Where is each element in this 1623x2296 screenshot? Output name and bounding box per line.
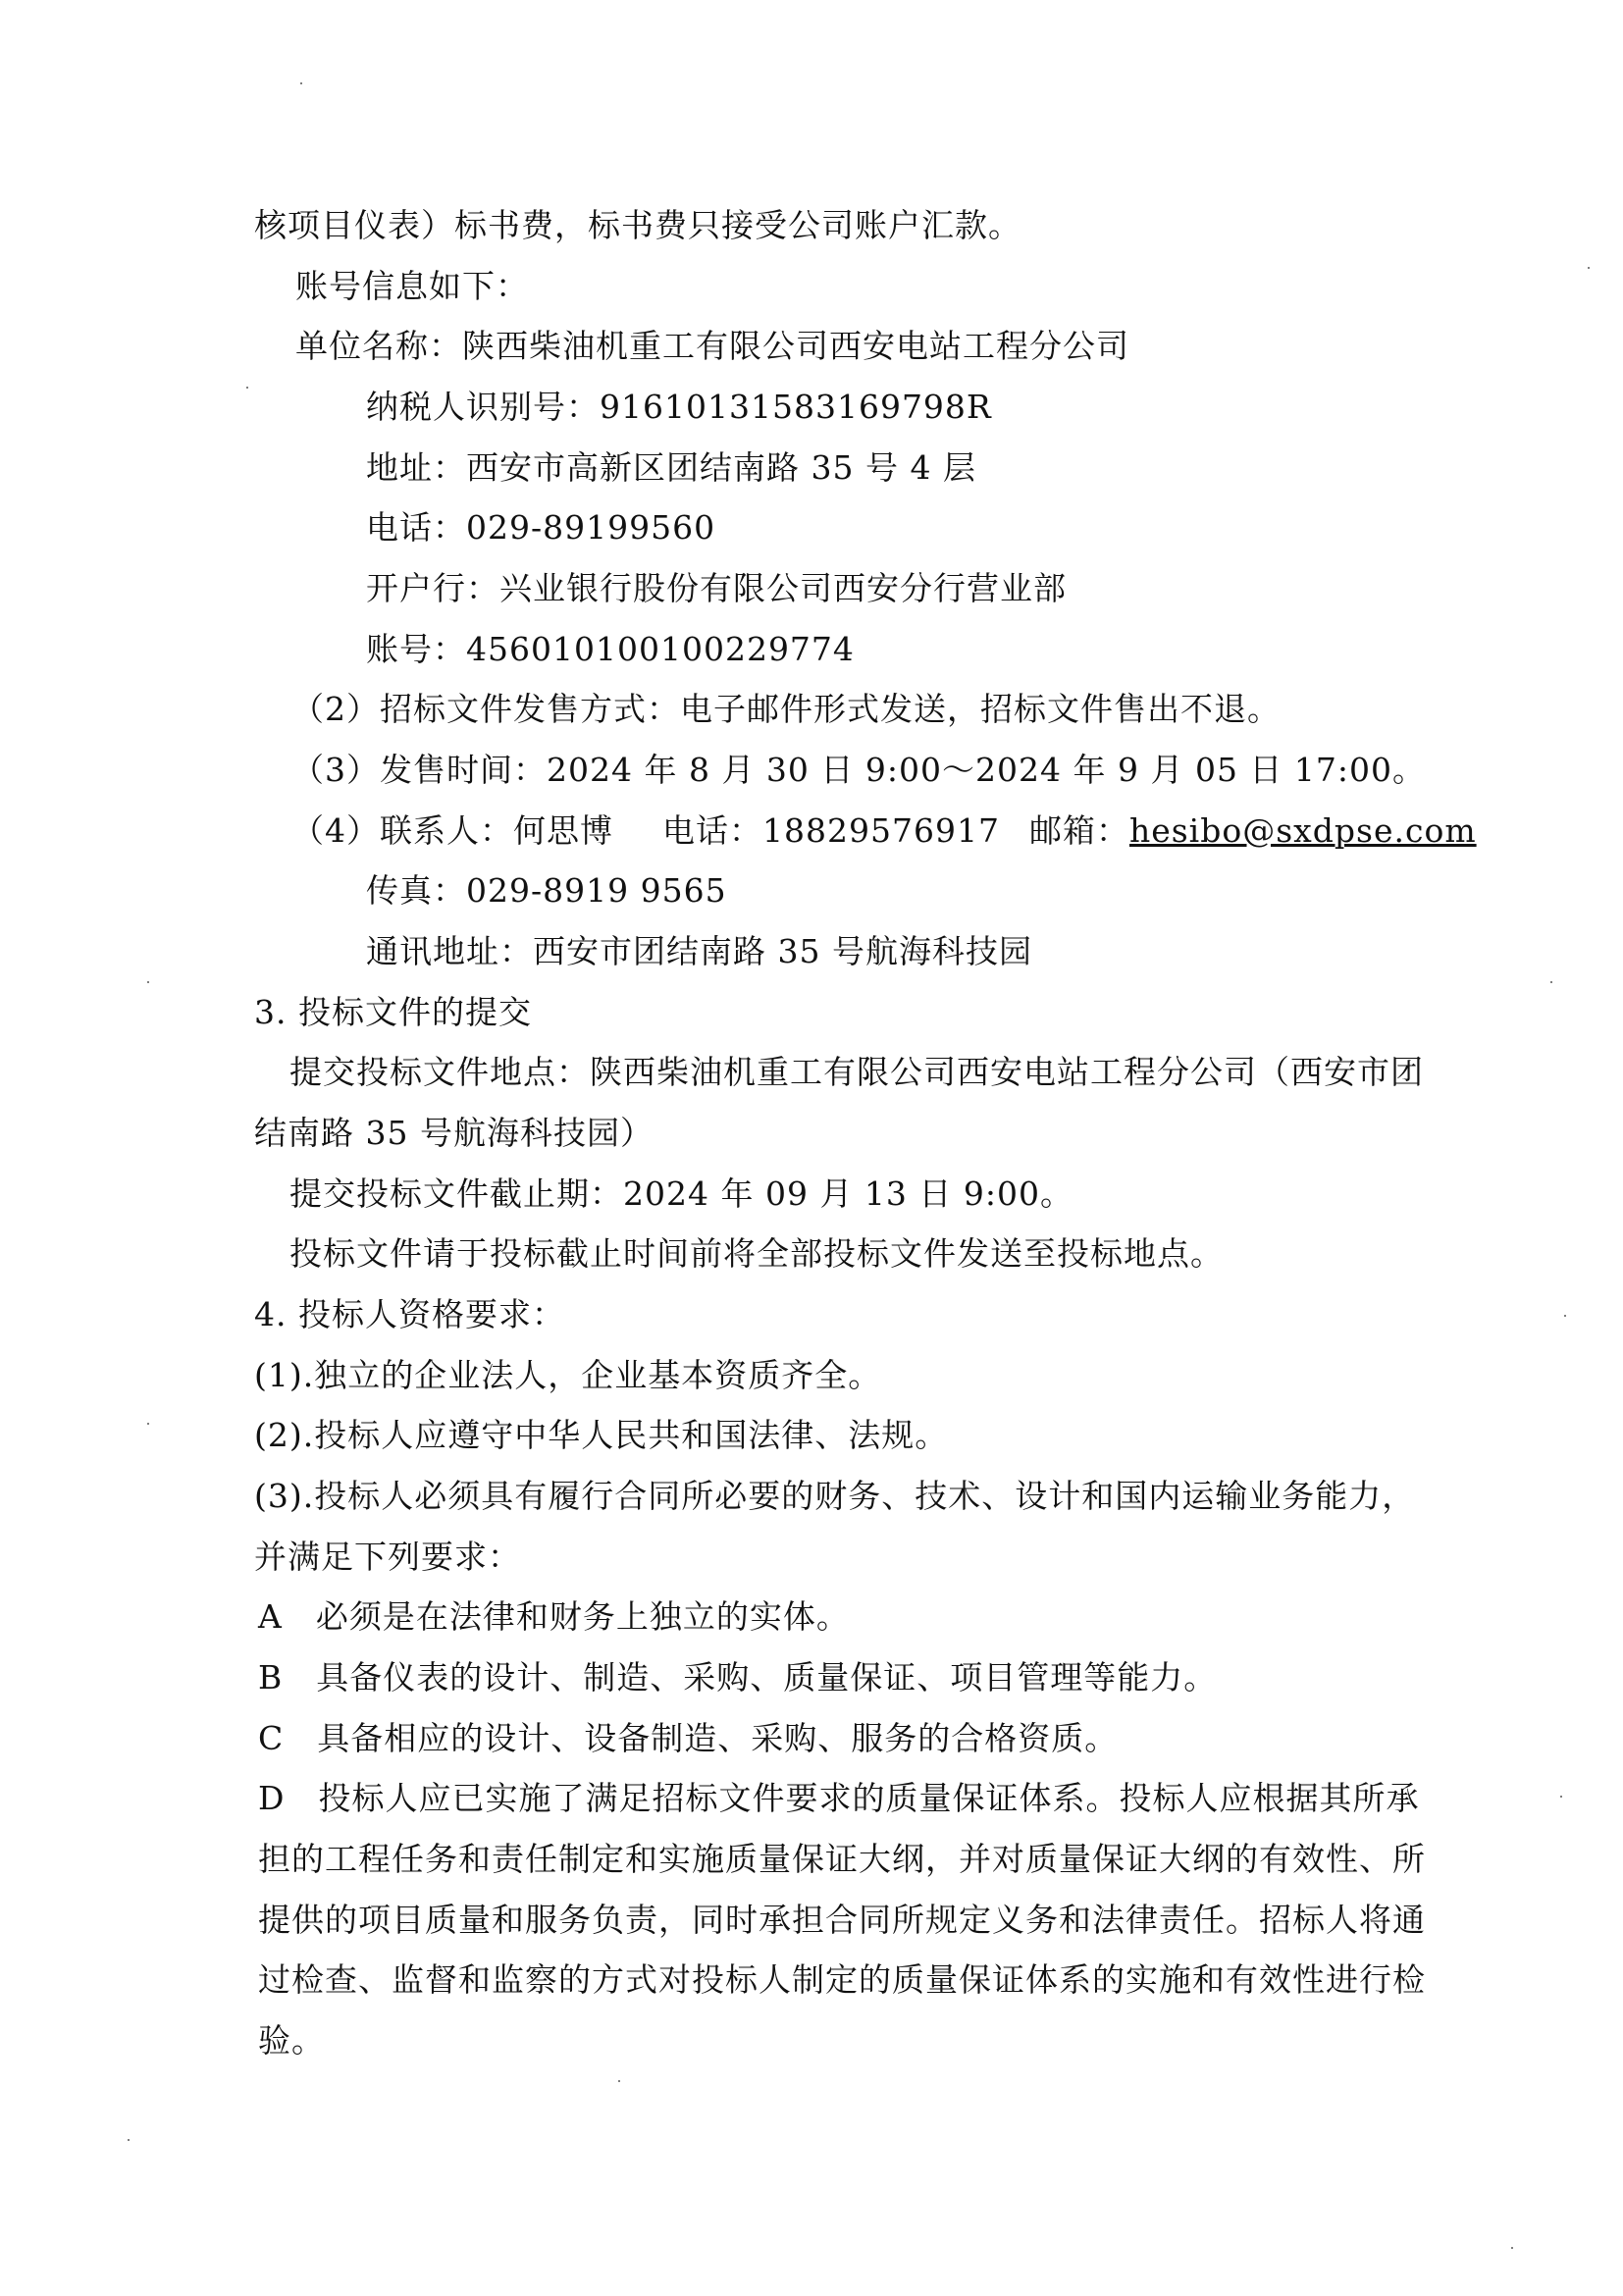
scan-speck bbox=[1550, 981, 1552, 983]
paragraph-line: 核项目仪表）标书费，标书费只接受公司账户汇款。 bbox=[254, 206, 1021, 245]
scan-speck bbox=[147, 1423, 149, 1425]
scan-speck bbox=[147, 981, 149, 983]
tax-id: 纳税人识别号：91610131583169798R bbox=[366, 388, 992, 427]
section-3-heading: 3. 投标文件的提交 bbox=[254, 993, 532, 1032]
fax: 传真：029-8919 9565 bbox=[366, 871, 727, 911]
requirement-b: B 具备仪表的设计、制造、采购、质量保证、项目管理等能力。 bbox=[258, 1658, 1217, 1697]
scan-speck bbox=[618, 2080, 620, 2082]
scan-speck bbox=[128, 2139, 130, 2141]
scan-speck bbox=[1564, 1315, 1566, 1317]
sale-method: （2）招标文件发售方式：电子邮件形式发送，招标文件售出不退。 bbox=[291, 690, 1281, 729]
requirement-d-cont-3: 过检查、监督和监察的方式对投标人制定的质量保证体系的实施和有效性进行检 bbox=[258, 1960, 1426, 2000]
sale-time: （3）发售时间：2024 年 8 月 30 日 9:00～2024 年 9 月 … bbox=[291, 751, 1426, 790]
contact-line: （4）联系人：何思博电话：18829576917邮箱：hesibo@sxdpse… bbox=[291, 811, 1477, 851]
requirement-a: A 必须是在法律和财务上独立的实体。 bbox=[258, 1597, 850, 1637]
mailing-address: 通讯地址：西安市团结南路 35 号航海科技园 bbox=[366, 932, 1032, 971]
scan-speck bbox=[246, 387, 248, 389]
requirement-d-cont-4: 验。 bbox=[258, 2021, 325, 2061]
email-link[interactable]: hesibo@sxdpse.com bbox=[1129, 811, 1477, 850]
requirement-2: (2).投标人应遵守中华人民共和国法律、法规。 bbox=[254, 1416, 948, 1455]
section-4-heading: 4. 投标人资格要求： bbox=[254, 1295, 565, 1334]
submission-location-cont: 结南路 35 号航海科技园） bbox=[254, 1114, 654, 1153]
submission-location: 提交投标文件地点：陕西柴油机重工有限公司西安电站工程分公司（西安市团 bbox=[289, 1053, 1424, 1092]
contact-person: （4）联系人：何思博 bbox=[291, 811, 613, 850]
submission-deadline: 提交投标文件截止期：2024 年 09 月 13 日 9:00。 bbox=[289, 1174, 1073, 1214]
requirement-c: C 具备相应的设计、设备制造、采购、服务的合格资质。 bbox=[258, 1719, 1118, 1758]
requirement-d-cont-1: 担的工程任务和责任制定和实施质量保证大纲，并对质量保证大纲的有效性、所 bbox=[258, 1840, 1426, 1879]
email-label: 邮箱： bbox=[1029, 811, 1129, 850]
requirement-1: (1).独立的企业法人，企业基本资质齐全。 bbox=[254, 1356, 881, 1395]
scan-speck bbox=[300, 82, 302, 84]
contact-phone: 电话：18829576917 bbox=[662, 811, 1000, 850]
account-number: 账号：456010100100229774 bbox=[366, 630, 855, 669]
bank: 开户行：兴业银行股份有限公司西安分行营业部 bbox=[366, 569, 1067, 608]
address: 地址：西安市高新区团结南路 35 号 4 层 bbox=[366, 448, 976, 488]
requirement-d: D 投标人应已实施了满足招标文件要求的质量保证体系。投标人应根据其所承 bbox=[258, 1779, 1419, 1818]
scan-speck bbox=[1560, 1796, 1562, 1798]
requirement-d-cont-2: 提供的项目质量和服务负责，同时承担合同所规定义务和法律责任。招标人将通 bbox=[258, 1901, 1426, 1940]
account-info-heading: 账号信息如下： bbox=[295, 267, 529, 306]
requirement-3-cont: 并满足下列要求： bbox=[254, 1538, 521, 1577]
scan-speck bbox=[1588, 267, 1590, 269]
scan-speck bbox=[1511, 2247, 1513, 2249]
company-name: 单位名称：陕西柴油机重工有限公司西安电站工程分公司 bbox=[295, 327, 1129, 366]
requirement-3: (3).投标人必须具有履行合同所必要的财务、技术、设计和国内运输业务能力， bbox=[254, 1477, 1415, 1516]
submission-note: 投标文件请于投标截止时间前将全部投标文件发送至投标地点。 bbox=[289, 1234, 1224, 1274]
phone: 电话：029-89199560 bbox=[366, 508, 715, 548]
